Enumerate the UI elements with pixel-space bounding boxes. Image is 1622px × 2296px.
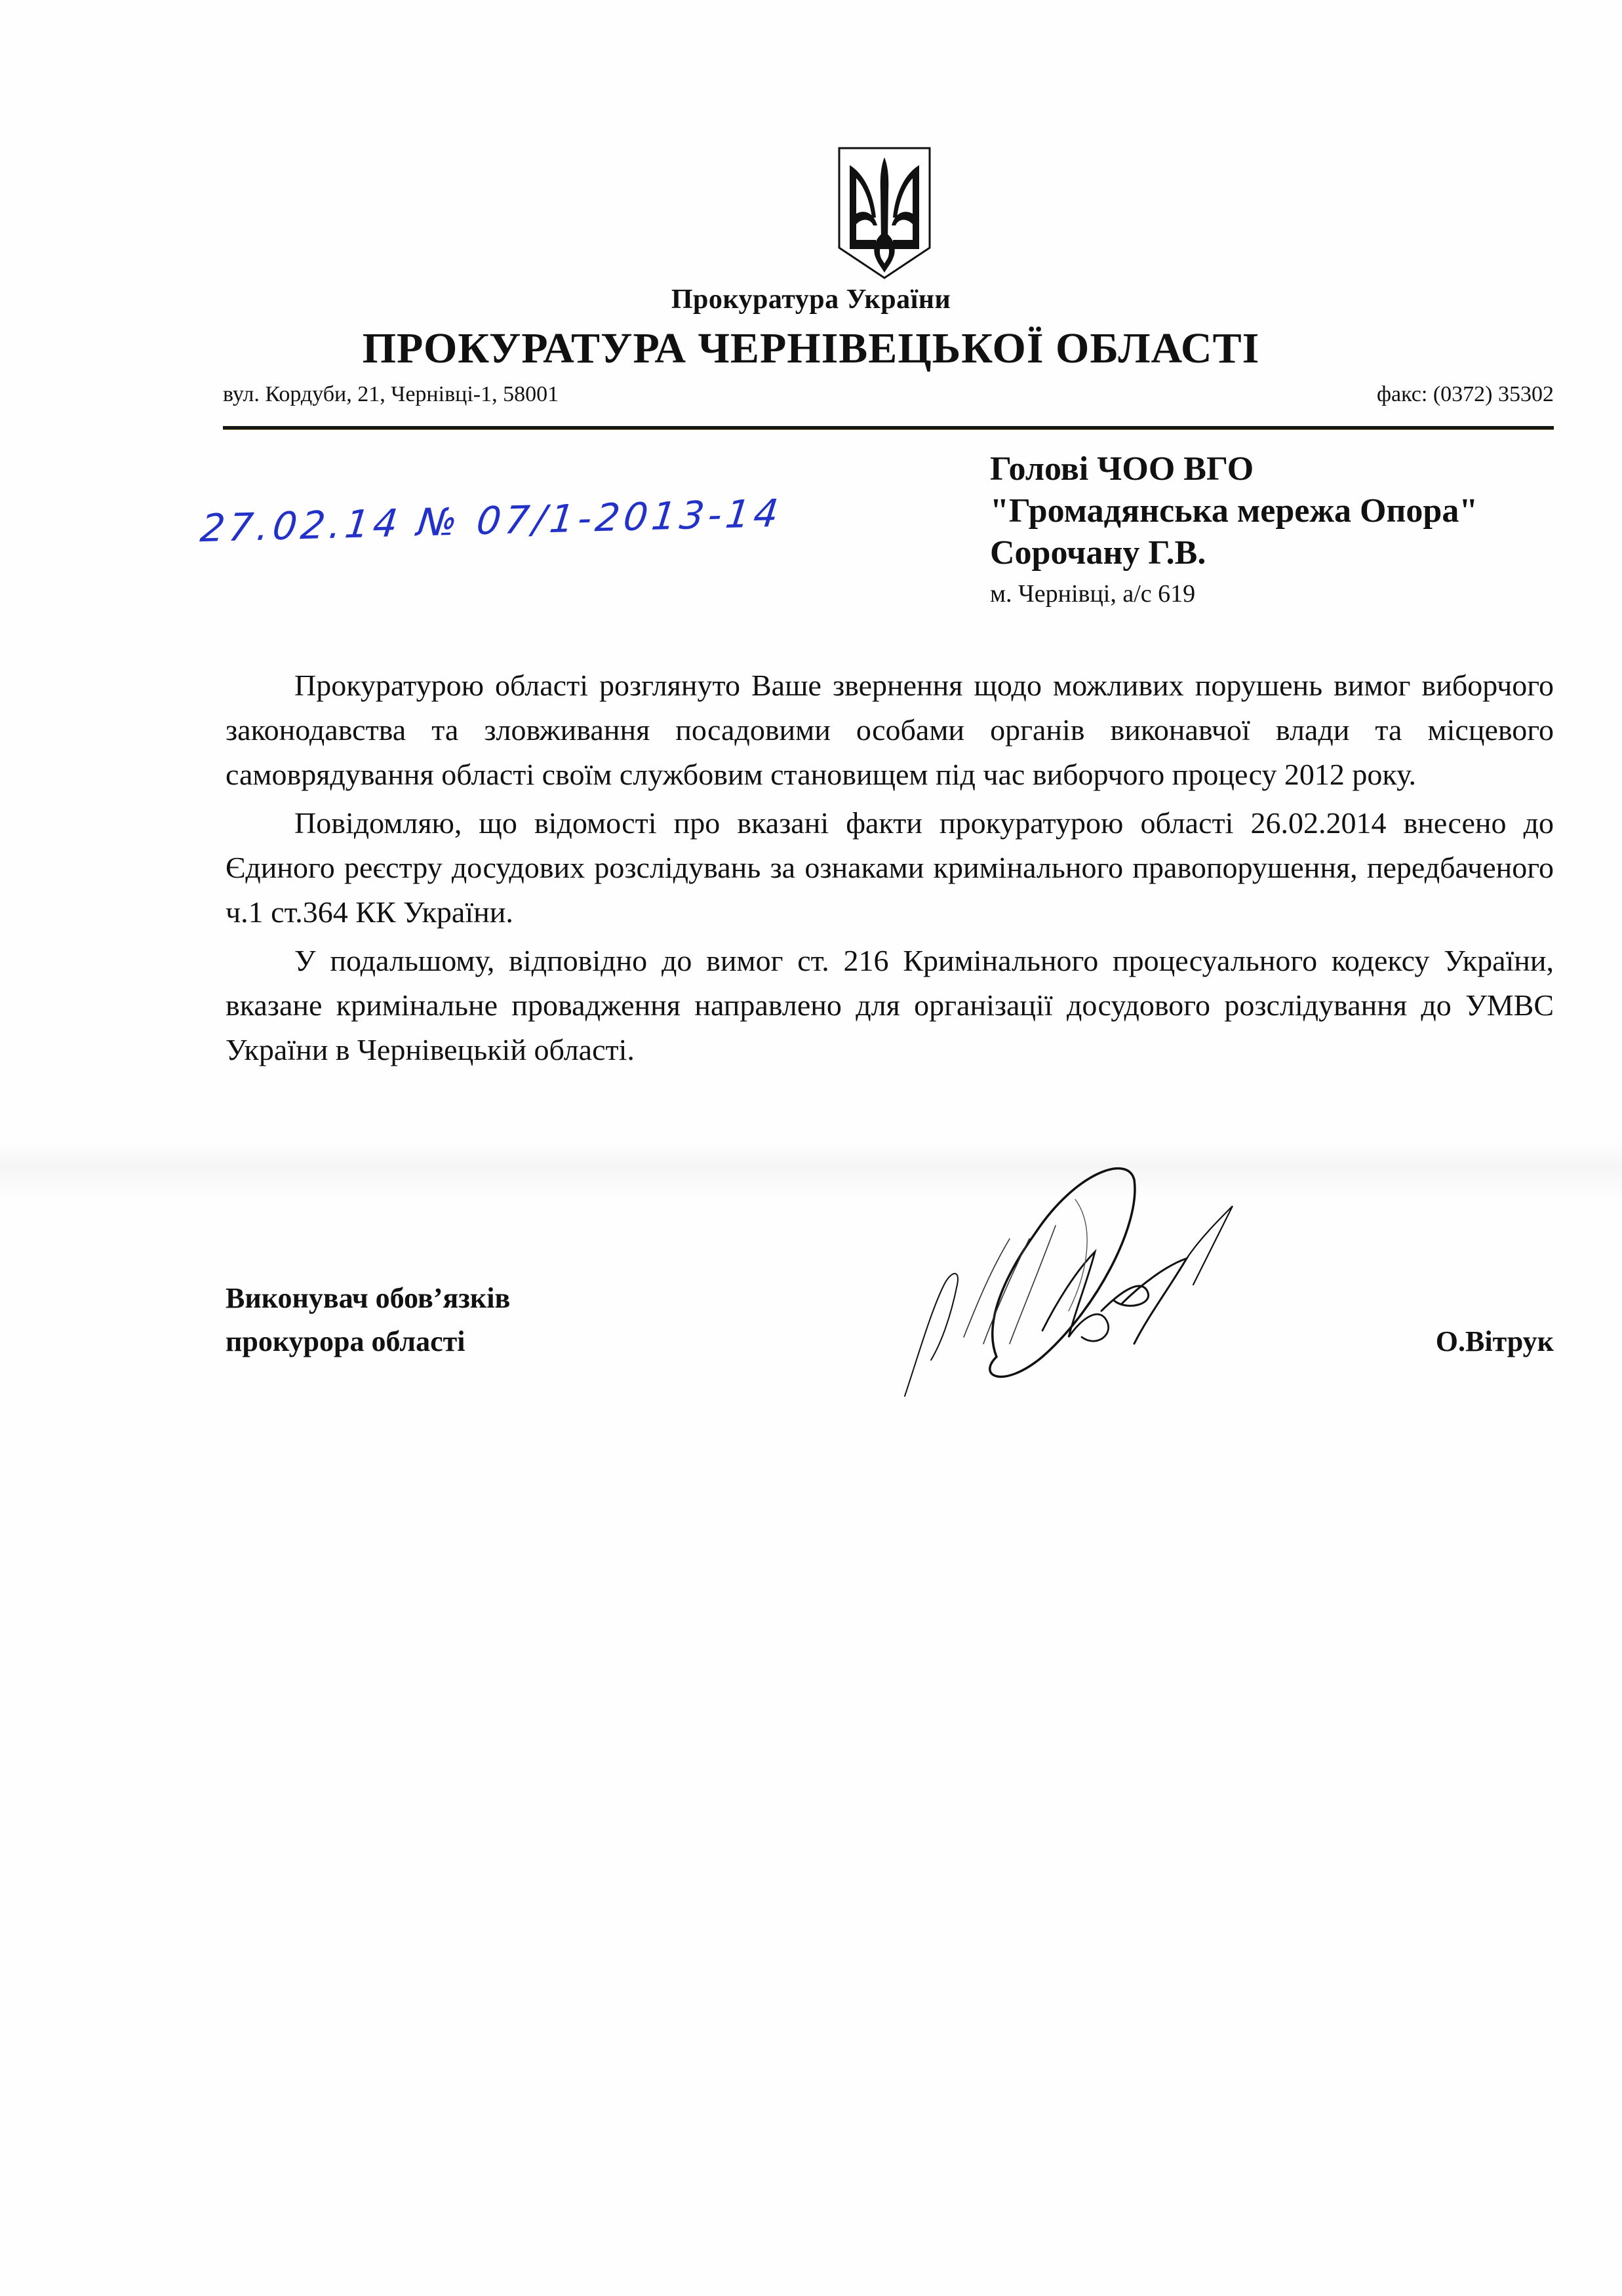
recipient-address: м. Чернівці, а/с 619 (990, 577, 1478, 611)
signatory-title-line: прокурора області (226, 1320, 510, 1363)
signatory-title-line: Виконувач обов’язків (226, 1277, 510, 1320)
parent-organization: Прокуратура України (0, 283, 1622, 316)
handwritten-signature-icon (879, 1160, 1272, 1409)
body-paragraph: Прокуратурою області розглянуто Ваше зве… (226, 663, 1554, 797)
letter-body: Прокуратурою області розглянуто Ваше зве… (226, 663, 1554, 1076)
recipient-line: Сорочану Г.В. (990, 532, 1478, 574)
body-paragraph: Повідомляю, що відомості про вказані фак… (226, 801, 1554, 935)
letter-page: Прокуратура України ПРОКУРАТУРА ЧЕРНІВЕЦ… (0, 0, 1622, 2296)
organization-fax: факс: (0372) 35302 (1377, 380, 1554, 409)
handwritten-reference-number: 27.02.14 № 07/1-2013-14 (198, 490, 785, 552)
paper-fold-shadow (0, 1140, 1622, 1199)
recipient-line: "Громадянська мережа Опора" (990, 490, 1478, 532)
recipient-block: Голові ЧОО ВГО "Громадянська мережа Опор… (990, 448, 1478, 611)
header-divider (223, 426, 1554, 430)
recipient-line: Голові ЧОО ВГО (990, 448, 1478, 490)
trident-coat-of-arms-icon (837, 146, 932, 281)
signatory-title: Виконувач обов’язків прокурора області (226, 1277, 510, 1363)
organization-address: вул. Кордуби, 21, Чернівці-1, 58001 (223, 380, 559, 409)
signatory-name: О.Вітрук (1436, 1320, 1554, 1363)
organization-name: ПРОКУРАТУРА ЧЕРНІВЕЦЬКОЇ ОБЛАСТІ (0, 324, 1622, 374)
body-paragraph: У подальшому, відповідно до вимог ст. 21… (226, 939, 1554, 1072)
